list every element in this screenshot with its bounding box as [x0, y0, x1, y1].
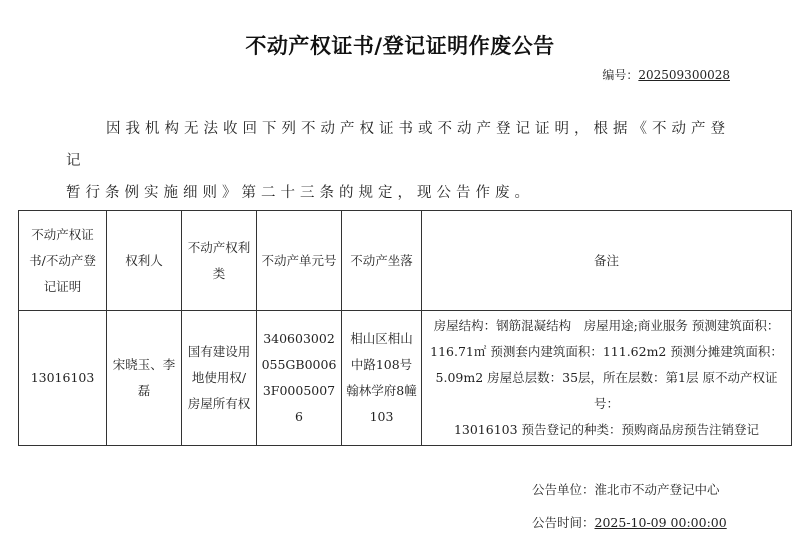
document-number-label: 编号：	[602, 68, 638, 82]
paragraph-line-1: 因我机构无法收回下列不动产权证书或不动产登记证明，根据《不动产登记	[66, 113, 736, 177]
announcement-time-label: 公告时间：	[532, 515, 595, 530]
announcement-time: 公告时间：2025-10-09 00:00:00	[532, 513, 727, 531]
cell-remarks: 房屋结构：钢筋混凝结构 房屋用途;商业服务 预测建筑面积： 116.71㎡ 预测…	[422, 311, 792, 446]
header-unit-no: 不动产单元号	[257, 211, 342, 311]
announcement-paragraph: 因我机构无法收回下列不动产权证书或不动产登记证明，根据《不动产登记 暂行条例实施…	[66, 113, 736, 209]
void-certificate-table: 不动产权证书/不动产登记证明 权利人 不动产权利类 不动产单元号 不动产坐落 备…	[18, 210, 792, 446]
announcing-unit-value: 淮北市不动产登记中心	[595, 482, 720, 497]
table-row: 13016103 宋晓玉、李磊 国有建设用地使用权/房屋所有权 34060300…	[19, 311, 792, 446]
announcing-unit-label: 公告单位：	[532, 482, 595, 497]
page-title: 不动产权证书/登记证明作废公告	[0, 30, 800, 60]
cell-certificate-no: 13016103	[19, 311, 107, 446]
header-certificate: 不动产权证书/不动产登记证明	[19, 211, 107, 311]
paragraph-line-2: 暂行条例实施细则》第二十三条的规定，现公告作废。	[66, 177, 736, 209]
cell-location: 相山区相山中路108号翰林学府8幢103	[342, 311, 422, 446]
header-right-type: 不动产权利类	[182, 211, 257, 311]
remarks-line-3: 5.09m2 房屋总层数：35层，所在层数：第1层 原不动产权证号：	[426, 365, 787, 417]
cell-unit-no: 340603002055GB00063F00050076	[257, 311, 342, 446]
document-number: 编号：202509300028	[602, 66, 730, 83]
remarks-line-1: 房屋结构：钢筋混凝结构 房屋用途;商业服务 预测建筑面积：	[426, 313, 787, 339]
cell-right-holder: 宋晓玉、李磊	[107, 311, 182, 446]
header-location: 不动产坐落	[342, 211, 422, 311]
remarks-line-4: 13016103 预告登记的种类：预购商品房预告注销登记	[426, 417, 787, 443]
announcing-unit: 公告单位：淮北市不动产登记中心	[532, 480, 720, 498]
table-header-row: 不动产权证书/不动产登记证明 权利人 不动产权利类 不动产单元号 不动产坐落 备…	[19, 211, 792, 311]
cell-right-type: 国有建设用地使用权/房屋所有权	[182, 311, 257, 446]
header-right-holder: 权利人	[107, 211, 182, 311]
document-number-value: 202509300028	[638, 68, 730, 82]
announcement-time-value: 2025-10-09 00:00:00	[595, 515, 727, 530]
header-remarks: 备注	[422, 211, 792, 311]
remarks-line-2: 116.71㎡ 预测套内建筑面积：111.62m2 预测分摊建筑面积：	[426, 339, 787, 365]
